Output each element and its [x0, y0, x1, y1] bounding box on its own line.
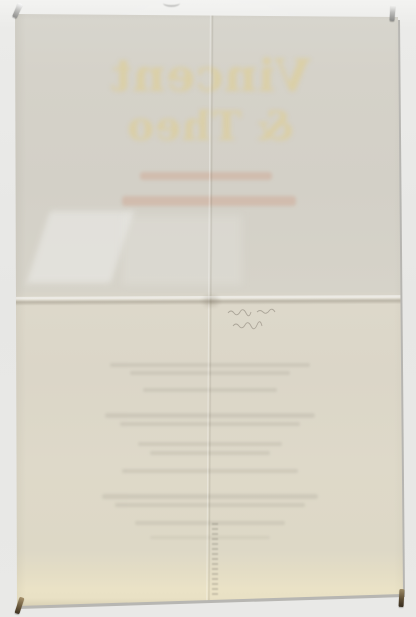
- photo-background: Vincent & Theo Back of a folded film one…: [0, 0, 416, 617]
- showthrough-tagline-line: [140, 172, 272, 180]
- poster-sheet-back: Vincent & Theo: [10, 5, 410, 610]
- front-color-bleed-edge: [11, 252, 14, 306]
- vertical-stamp-marking: [212, 523, 218, 597]
- crease-light-patch: [122, 215, 242, 285]
- scene-caption: Back of a folded film one-sheet poster p…: [0, 0, 1, 1]
- wall-smudge: [163, 0, 180, 7]
- pin-bottom-right-icon: [399, 589, 405, 607]
- pencil-annotation: [215, 305, 289, 337]
